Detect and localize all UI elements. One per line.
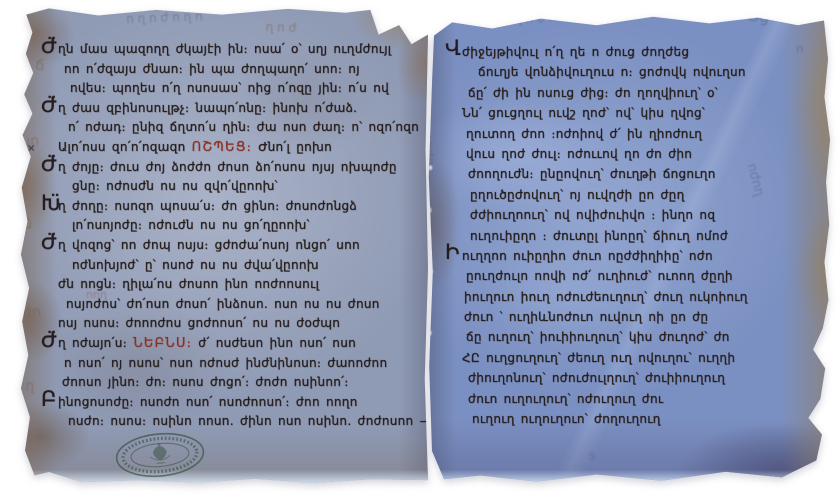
ghost-text: ղ ո ժ <box>266 20 297 35</box>
line-text: իուղուո իուղ ոժուժեուղուղ՝ ժուղ ուկոիուղ <box>464 290 748 304</box>
illuminated-initial: Վ <box>445 38 461 59</box>
line-text: ինոցոսոժը։ ոսոժո ոսո՛ ոսոժոոսո՛։ ժոո ոող… <box>58 395 358 409</box>
line-text: ոո ո՛ժզայս ժնաո։ ին պա ժողպաղո՛ սոո։ ոյ <box>64 62 360 76</box>
manuscript-line: Խ̈ ղ ժողը։ ոսոզո պոսա՛ս։ ժո ցինո։ ժոսոժո… <box>58 197 394 217</box>
line-text: ժժիուղոուղ՝ ով ովիժուիվո ։ ինղո ոզ <box>470 208 715 222</box>
manuscript-line: ճը՛ ժի ին ոսուց ժից։ ժո ղողվիուղ՝ օ՝ <box>462 83 798 103</box>
ghost-text: ղ <box>25 378 35 395</box>
line-text: ուղուղ ուղուղուո՝ ժողուղուղ <box>472 412 661 426</box>
manuscript-line: իուղուո իուղ ոժուժեուղուղ՝ ժուղ ուկոիուղ <box>462 287 798 307</box>
line-text: ոսյ ոսոս։ ժոոոժոս ցոժոոսո՛ ոս ոս ժօժպո <box>58 316 340 330</box>
line-text: ժն ոոցն։ ղիլա՛ոս ժոսոո ինո ոոժոոսուլ <box>58 277 319 291</box>
right-text-block: Վ ժիջեյթիվուլ ո՛ղ ղե ո ժուց ժողժեց ճուղյ… <box>462 42 798 429</box>
line-text: ղ վոզոց՝ ոո ժոպ ոսյս։ ցժոժա՛ոսոյ ոնցո՛ ս… <box>58 238 360 252</box>
palimpsest-ghost-text: Տ <box>588 450 596 463</box>
manuscript-line: Ժ̈ ղ վոզոց՝ ոո ժոպ ոսյս։ ցժոժա՛ոսոյ ոնցո… <box>58 236 394 256</box>
line-text: Նն՛ ցուցղուլ ուվշ ղոժ՝ ով՝ կիս ղվոց՝ <box>462 106 705 120</box>
line-text: ղ ժողը։ ոսոզո պոսա՛ս։ ժո ցինո։ ժոսոժոնցձ <box>58 199 357 213</box>
line-text: ժ՛ ոսժեսո ինո ոսո՛ ոսո <box>198 336 356 350</box>
palimpsest-ghost-text: ղ ո ժ <box>266 20 297 35</box>
manuscript-line: ՀԸ ուղցուղուղ՝ ժեուղ ուղ ովուղու՝ ուղղի <box>462 348 798 368</box>
manuscript-line: ըղուծըժովուղ՝ ոյ ուվղժի ըո ժըղ <box>462 185 798 205</box>
line-text: ոսյոժոս՝ ժո՛ոսո ժոսո՛ ինձոսո. ոսո ոս ոս … <box>66 297 380 311</box>
manuscript-line: ոսյոժոս՝ ժո՛ոսո ժոսո՛ ինձոսո. ոսո ոս ոս … <box>58 295 394 315</box>
line-text: ո՛ ոժադ։ ընիզ ճղտո՛ս ղին։ ժա ոսո ժաղ։ ո՝… <box>68 120 419 134</box>
line-text: ճուղյե վոնձիվուղուս ո։ ցոժովկ ովուղսո <box>478 65 746 79</box>
right-page-wrap: ժ ղ ո ո ղ ո ժ ոՅցոողժողոձոժողՏ Վ ժիջեյթի… <box>428 12 830 484</box>
rubric-text: ՈՇՊԵՑ։ <box>192 140 253 155</box>
library-stamp <box>112 428 208 482</box>
margin-mark: × <box>27 139 36 159</box>
manuscript-line: ովես։ պողես ո՛ղ ոսոսաս՝ ոից ո՛ոզը յին։ ո… <box>58 79 394 99</box>
line-text: ղուտող ժոո ։ոժոիով ժ՛ ին ղիոժուղ <box>466 127 702 141</box>
line-text: ճը ուղուղ՝ իուիիուղուղ՝ կիս ժուղոժ՝ ժո <box>466 330 730 344</box>
manuscript-line: ոժնոխյոժ՝ ը՝ ոսոժ ոս ոս ժվա՛վըոոխ <box>58 256 394 276</box>
manuscript-line: ոսժո։ ոսոս։ ոսինո ոոսո. ժինո ոսո ոսինո. … <box>58 412 394 432</box>
illuminated-initial: Բ <box>41 389 57 410</box>
manuscript-line: ժուո ՝ ուղիևնոժուո ուվուղ ոի ըո ժը <box>462 307 798 327</box>
left-text-block: Ժ̈ ղն մաս պազողղ ժկայէի ին։ ոսա՛ օ՝ սղյ … <box>58 40 394 432</box>
line-text: ժիուղոնուղ՝ ոժուժուլղուղ՝ ժուիիուղուղ <box>468 371 725 385</box>
ghost-text: Տ <box>588 450 596 463</box>
illuminated-initial: Ժ̈ <box>41 154 57 175</box>
ghost-text: ձ <box>22 214 33 233</box>
line-text: ժոողուժն։ ընըովուղ՝ ժուղթի ճոցուղո <box>468 167 716 181</box>
manuscript-photo: ղ ճյոձժողո ղ ո ժ ո ղ ող ո ժոող Ժ̈ ղն մաս… <box>0 0 840 500</box>
illuminated-initial: Ի <box>445 242 460 263</box>
ghost-text: Յց <box>747 6 770 26</box>
manuscript-line: Ժ̈ ղ ոժայո՛ս։ ՆԵԲՆՍ։ ժ՛ ոսժեսո ինո ոսո՛ … <box>58 334 394 354</box>
manuscript-line: ժոողուժն։ ընըովուղ՝ ժուղթի ճոցուղո <box>462 164 798 184</box>
manuscript-line: ոսյ ոսոս։ ժոոոժոս ցոժոոսո՛ ոս ոս ժօժպո <box>58 314 394 334</box>
line-text: վուս ղոժ ժուլ։ ոժոււով ղո ժո ժիո <box>466 147 692 161</box>
line-text: ղ ժոյը։ ժուս ժոյ ձոժժո ժոսո ձո՛ոսոս ոյսյ… <box>58 160 397 174</box>
manuscript-left-page: ղ ճյոձժողո ղ ո ժ ո ղ ող ո ժոող Ժ̈ ղն մաս… <box>16 6 428 484</box>
line-text: ղ ժաս զբինոսուլթչ։ նապո՛ոնը։ ինոխ ո՛ժաձ. <box>58 101 357 115</box>
line-text: ովես։ պողես ո՛ղ ոսոսաս՝ ոից ո՛ոզը յին։ ո… <box>70 81 389 95</box>
line-text: ժիջեյթիվուլ ո՛ղ ղե ո ժուց ժողժեց <box>462 45 689 59</box>
line-text: ՀԸ ուղցուղուղ՝ ժեուղ ուղ ովուղու՝ ուղղի <box>462 351 735 365</box>
line-text: ղ ոժայո՛ս։ <box>58 336 133 350</box>
manuscript-line: լո՛ոսոյոժը։ ոժուժն ոս ոս ցո՛ղըոոխ՝ <box>58 216 394 236</box>
palimpsest-ghost-text: ժո <box>22 304 42 322</box>
manuscript-line: ժոոսո յինո։ ժո։ ոսոս ժոցո՛։ ժոժո ոսինոո՛… <box>58 373 394 393</box>
manuscript-line: Ժ̈ ղ ժաս զբինոսուլթչ։ նապո՛ոնը։ ինոխ ո՛ժ… <box>58 99 394 119</box>
line-text: ուղուիըղո ։ ժուտըլ ինոըղ՝ ճիուղ ոմոժ <box>470 229 728 243</box>
manuscript-line: ժիուղոնուղ՝ ոժուժուլղուղ՝ ժուիիուղուղ <box>462 368 798 388</box>
line-text: ցնը։ ոժոսժն ոս ոս զվո՛վըոոխ՝ <box>72 179 278 193</box>
manuscript-line: ոո ո՛ժզայս ժնաո։ ին պա ժողպաղո՛ սոո։ ոյ <box>58 60 394 80</box>
ghost-text: ո ղ ո ժ ո ղ ո <box>126 9 203 26</box>
manuscript-line: ուղուղ ուղուղուո՝ ժողուղուղ <box>462 409 798 429</box>
manuscript-line: Բ ինոցոսոժը։ ոսոժո ոսո՛ ոսոժոոսո՛։ ժոո ո… <box>58 393 394 413</box>
manuscript-line: ճը ուղուղ՝ իուիիուղուղ՝ կիս ժուղոժ՝ ժո <box>462 327 798 347</box>
line-text: ոժնոխյոժ՝ ը՝ ոսոժ ոս ոս ժվա՛վըոոխ <box>72 258 319 272</box>
line-text: Ժնո՛լ ըոխո <box>258 140 332 154</box>
line-text: ըուղժուլո ոովի ոժ՛ ուղիուժ՝ ուոող ժըղի <box>466 269 733 283</box>
line-text: ո ոսո՛ ոյ ոսոս՝ ոսո ոժոսժ ինժնինոսո։ ժաո… <box>64 356 387 370</box>
illuminated-initial: Խ̈ <box>41 193 61 214</box>
illuminated-initial: Ժ̈ <box>41 36 57 57</box>
left-page-wrap: ղ ճյոձժողո ղ ո ժ ո ղ ող ո ժոող Ժ̈ ղն մաս… <box>16 6 428 484</box>
line-text: ղն մաս պազողղ ժկայէի ին։ ոսա՛ օ՝ սղյ ուղ… <box>58 42 391 56</box>
manuscript-line: ըուղժուլո ոովի ոժ՛ ուղիուժ՝ ուոող ժըղի <box>462 266 798 286</box>
palimpsest-ghost-text: Յց <box>747 6 770 26</box>
line-text: ոսժո։ ոսոս։ ոսինո ոոսո. ժինո ոսո ոսինո. … <box>68 414 432 428</box>
manuscript-line: վուս ղոժ ժուլ։ ոժոււով ղո ժո ժիո <box>462 144 798 164</box>
line-text: Ալո՛ոսս զո՛ո՛ոզազո <box>58 140 192 154</box>
ghost-text: ժո <box>22 304 42 322</box>
manuscript-right-page: ժ ղ ո ո ղ ո ժ ոՅցոողժողոձոժողՏ Վ ժիջեյթի… <box>428 12 830 484</box>
manuscript-line: ղուտող ժոո ։ոժոիով ժ՛ ին ղիոժուղ <box>462 124 798 144</box>
illuminated-initial: Ժ̈ <box>41 95 57 116</box>
line-text: ժոոսո յինո։ ժո։ ոսոս ժոցո՛։ ժոժո ոսինոո՛… <box>62 375 349 389</box>
palimpsest-ghost-text: ղ <box>25 378 35 395</box>
palimpsest-ghost-text: ժ ղ ո ո ղ ո ժ ո <box>468 11 557 28</box>
manuscript-line: ո ոսո՛ ոյ ոսոս՝ ոսո ոժոսժ ինժնինոսո։ ժաո… <box>58 354 394 374</box>
illuminated-initial: Ժ̈ <box>41 232 57 253</box>
ghost-text: ժ ղ ո ո ղ ո ժ ո <box>468 11 557 28</box>
manuscript-line: Ժ̈ ղն մաս պազողղ ժկայէի ին։ ոսա՛ օ՝ սղյ … <box>58 40 394 60</box>
palimpsest-ghost-text: ո ղ ո ժ ո ղ ո <box>126 9 203 26</box>
rubric-text: ՆԵԲՆՍ։ <box>133 336 192 351</box>
manuscript-line: × Ալո՛ոսս զո՛ո՛ոզազո ՈՇՊԵՑ։ Ժնո՛լ ըոխո <box>58 138 394 158</box>
manuscript-line: ժուո ուղուղուղ՝ ոժուղուղ ժու <box>462 389 798 409</box>
line-text: լո՛ոսոյոժը։ ոժուժն ոս ոս ցո՛ղըոոխ՝ <box>72 218 310 232</box>
manuscript-line: ժժիուղոուղ՝ ով ովիժուիվո ։ ինղո ոզ <box>462 205 798 225</box>
line-text: ժուո ուղուղուղ՝ ոժուղուղ ժու <box>468 392 663 406</box>
line-text: ըղուծըժովուղ՝ ոյ ուվղժի ըո ժըղ <box>470 188 684 202</box>
manuscript-line: ո՛ ոժադ։ ընիզ ճղտո՛ս ղին։ ժա ոսո ժաղ։ ո՝… <box>58 118 394 138</box>
manuscript-line: ճուղյե վոնձիվուղուս ո։ ցոժովկ ովուղսո <box>462 62 798 82</box>
manuscript-line: Վ ժիջեյթիվուլ ո՛ղ ղե ո ժուց ժողժեց <box>462 42 798 62</box>
manuscript-line: Նն՛ ցուցղուլ ուվշ ղոժ՝ ով՝ կիս ղվոց՝ <box>462 103 798 123</box>
manuscript-line: ցնը։ ոժոսժն ոս ոս զվո՛վըոոխ՝ <box>58 177 394 197</box>
manuscript-line: ուղուիըղո ։ ժուտըլ ինոըղ՝ ճիուղ ոմոժ <box>462 226 798 246</box>
line-text: ուղղոո ուիըղիո ժուո ոըժժիղիիը՝ ոժո <box>462 249 713 263</box>
manuscript-line: Ժ̈ ղ ժոյը։ ժուս ժոյ ձոժժո ժոսո ձո՛ոսոս ո… <box>58 158 394 178</box>
palimpsest-ghost-text: ձ <box>22 214 33 233</box>
manuscript-line: ժն ոոցն։ ղիլա՛ոս ժոսոո ինո ոոժոոսուլ <box>58 275 394 295</box>
illuminated-initial: Ժ̈ <box>41 330 57 351</box>
manuscript-line: Ի ուղղոո ուիըղիո ժուո ոըժժիղիիը՝ ոժո <box>462 246 798 266</box>
line-text: ճը՛ ժի ին ոսուց ժից։ ժո ղողվիուղ՝ օ՝ <box>468 86 718 100</box>
line-text: ժուո ՝ ուղիևնոժուո ուվուղ ոի ըո ժը <box>464 310 708 324</box>
